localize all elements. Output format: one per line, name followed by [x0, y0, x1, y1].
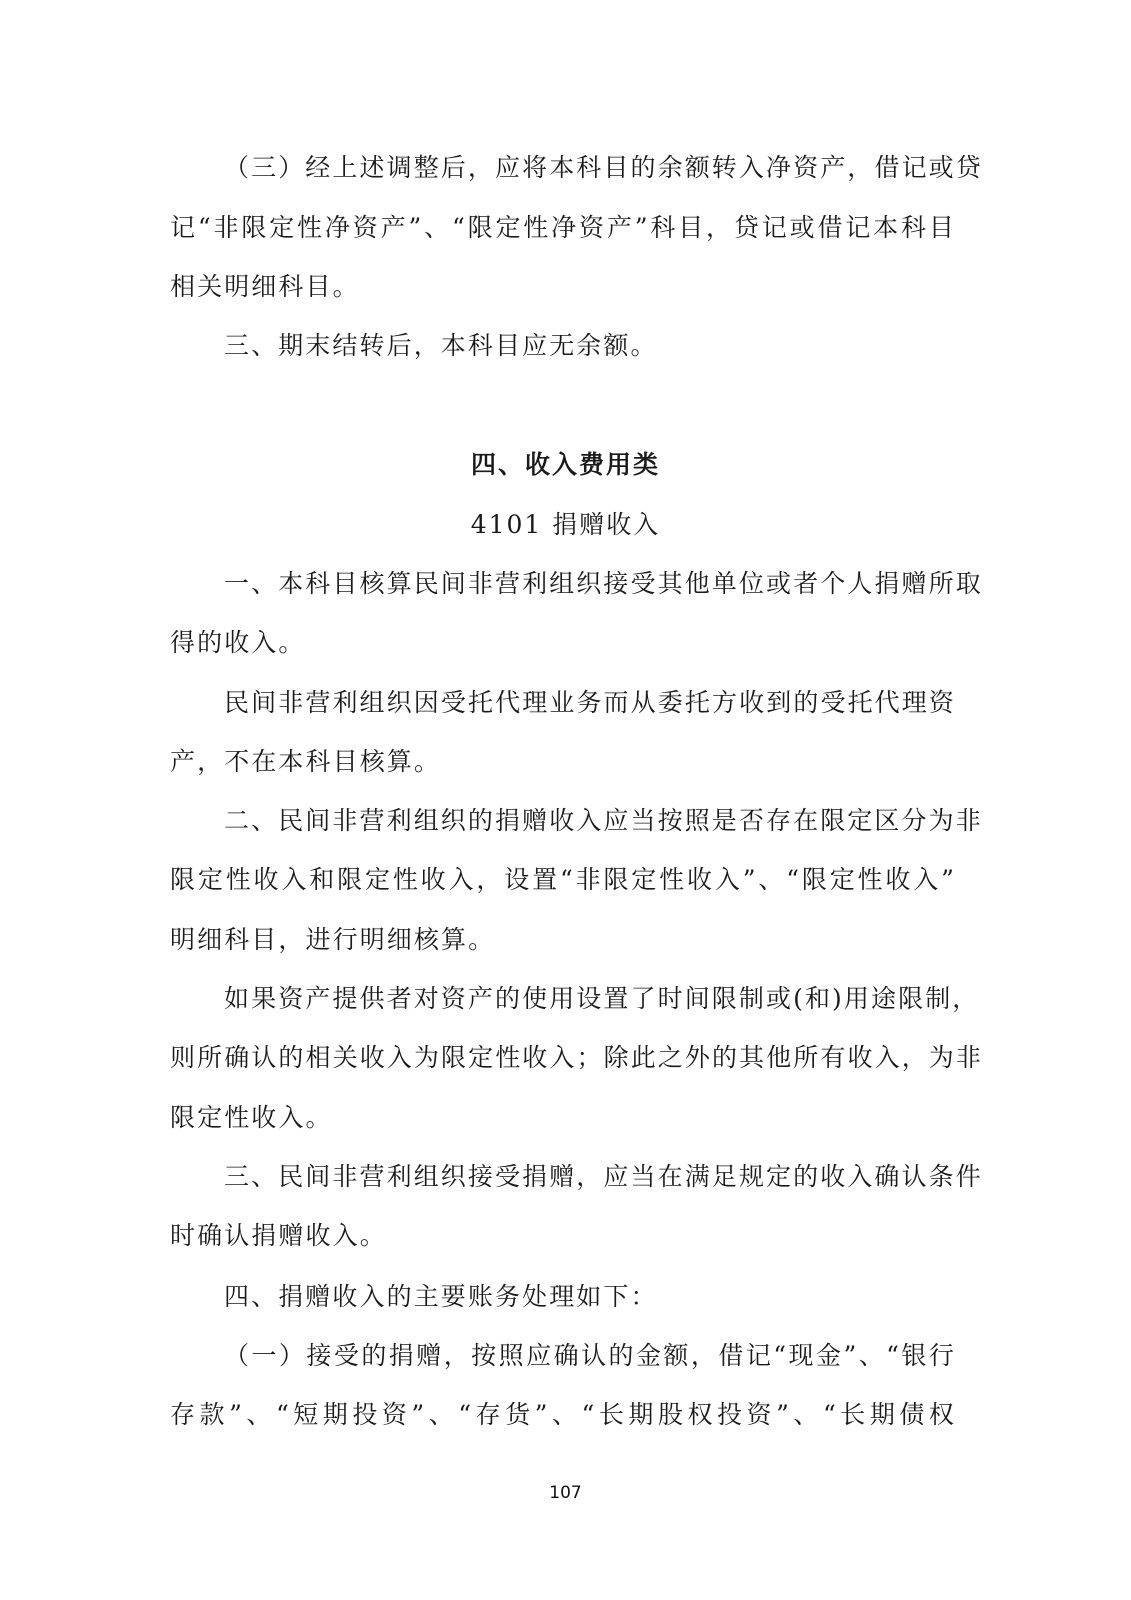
- paragraph-line: 时确认捐赠收入。: [170, 1216, 956, 1256]
- paragraph-line: 三、民间非营利组织接受捐赠，应当在满足规定的收入确认条件: [170, 1157, 956, 1197]
- paragraph-line: 二、民间非营利组织的捐赠收入应当按照是否存在限定区分为非: [170, 801, 956, 841]
- paragraph-line: 明细科目，进行明细核算。: [170, 920, 956, 960]
- page-number: 107: [0, 1481, 1131, 1505]
- paragraph-line: 得的收入。: [170, 623, 956, 663]
- account-title: 4101 捐赠收入: [0, 505, 1131, 545]
- paragraph-line: 限定性收入和限定性收入，设置“非限定性收入”、“限定性收入”: [170, 860, 956, 900]
- paragraph-line: 限定性收入。: [170, 1098, 956, 1138]
- paragraph-line: 产，不在本科目核算。: [170, 742, 956, 782]
- document-page: （三）经上述调整后，应将本科目的余额转入净资产，借记或贷 记“非限定性净资产”、…: [0, 0, 1131, 1600]
- paragraph-line: （三）经上述调整后，应将本科目的余额转入净资产，借记或贷: [170, 148, 956, 188]
- paragraph-line: （一）接受的捐赠，按照应确认的金额，借记“现金”、“银行: [170, 1336, 956, 1376]
- paragraph-line: 则所确认的相关收入为限定性收入；除此之外的其他所有收入，为非: [170, 1038, 956, 1078]
- paragraph-line: 如果资产提供者对资产的使用设置了时间限制或(和)用途限制，: [170, 979, 956, 1019]
- paragraph-line: 记“非限定性净资产”、“限定性净资产”科目，贷记或借记本科目: [170, 208, 956, 248]
- section-heading: 四、收入费用类: [0, 445, 1131, 485]
- paragraph-line: 四、捐赠收入的主要账务处理如下：: [170, 1277, 956, 1317]
- paragraph-line: 三、期末结转后，本科目应无余额。: [170, 326, 956, 366]
- paragraph-line: 相关明细科目。: [170, 267, 956, 307]
- paragraph-line: 存款”、“短期投资”、“存货”、“长期股权投资”、“长期债权: [170, 1395, 956, 1435]
- paragraph-line: 一、本科目核算民间非营利组织接受其他单位或者个人捐赠所取: [170, 564, 956, 604]
- paragraph-line: 民间非营利组织因受托代理业务而从委托方收到的受托代理资: [170, 683, 956, 723]
